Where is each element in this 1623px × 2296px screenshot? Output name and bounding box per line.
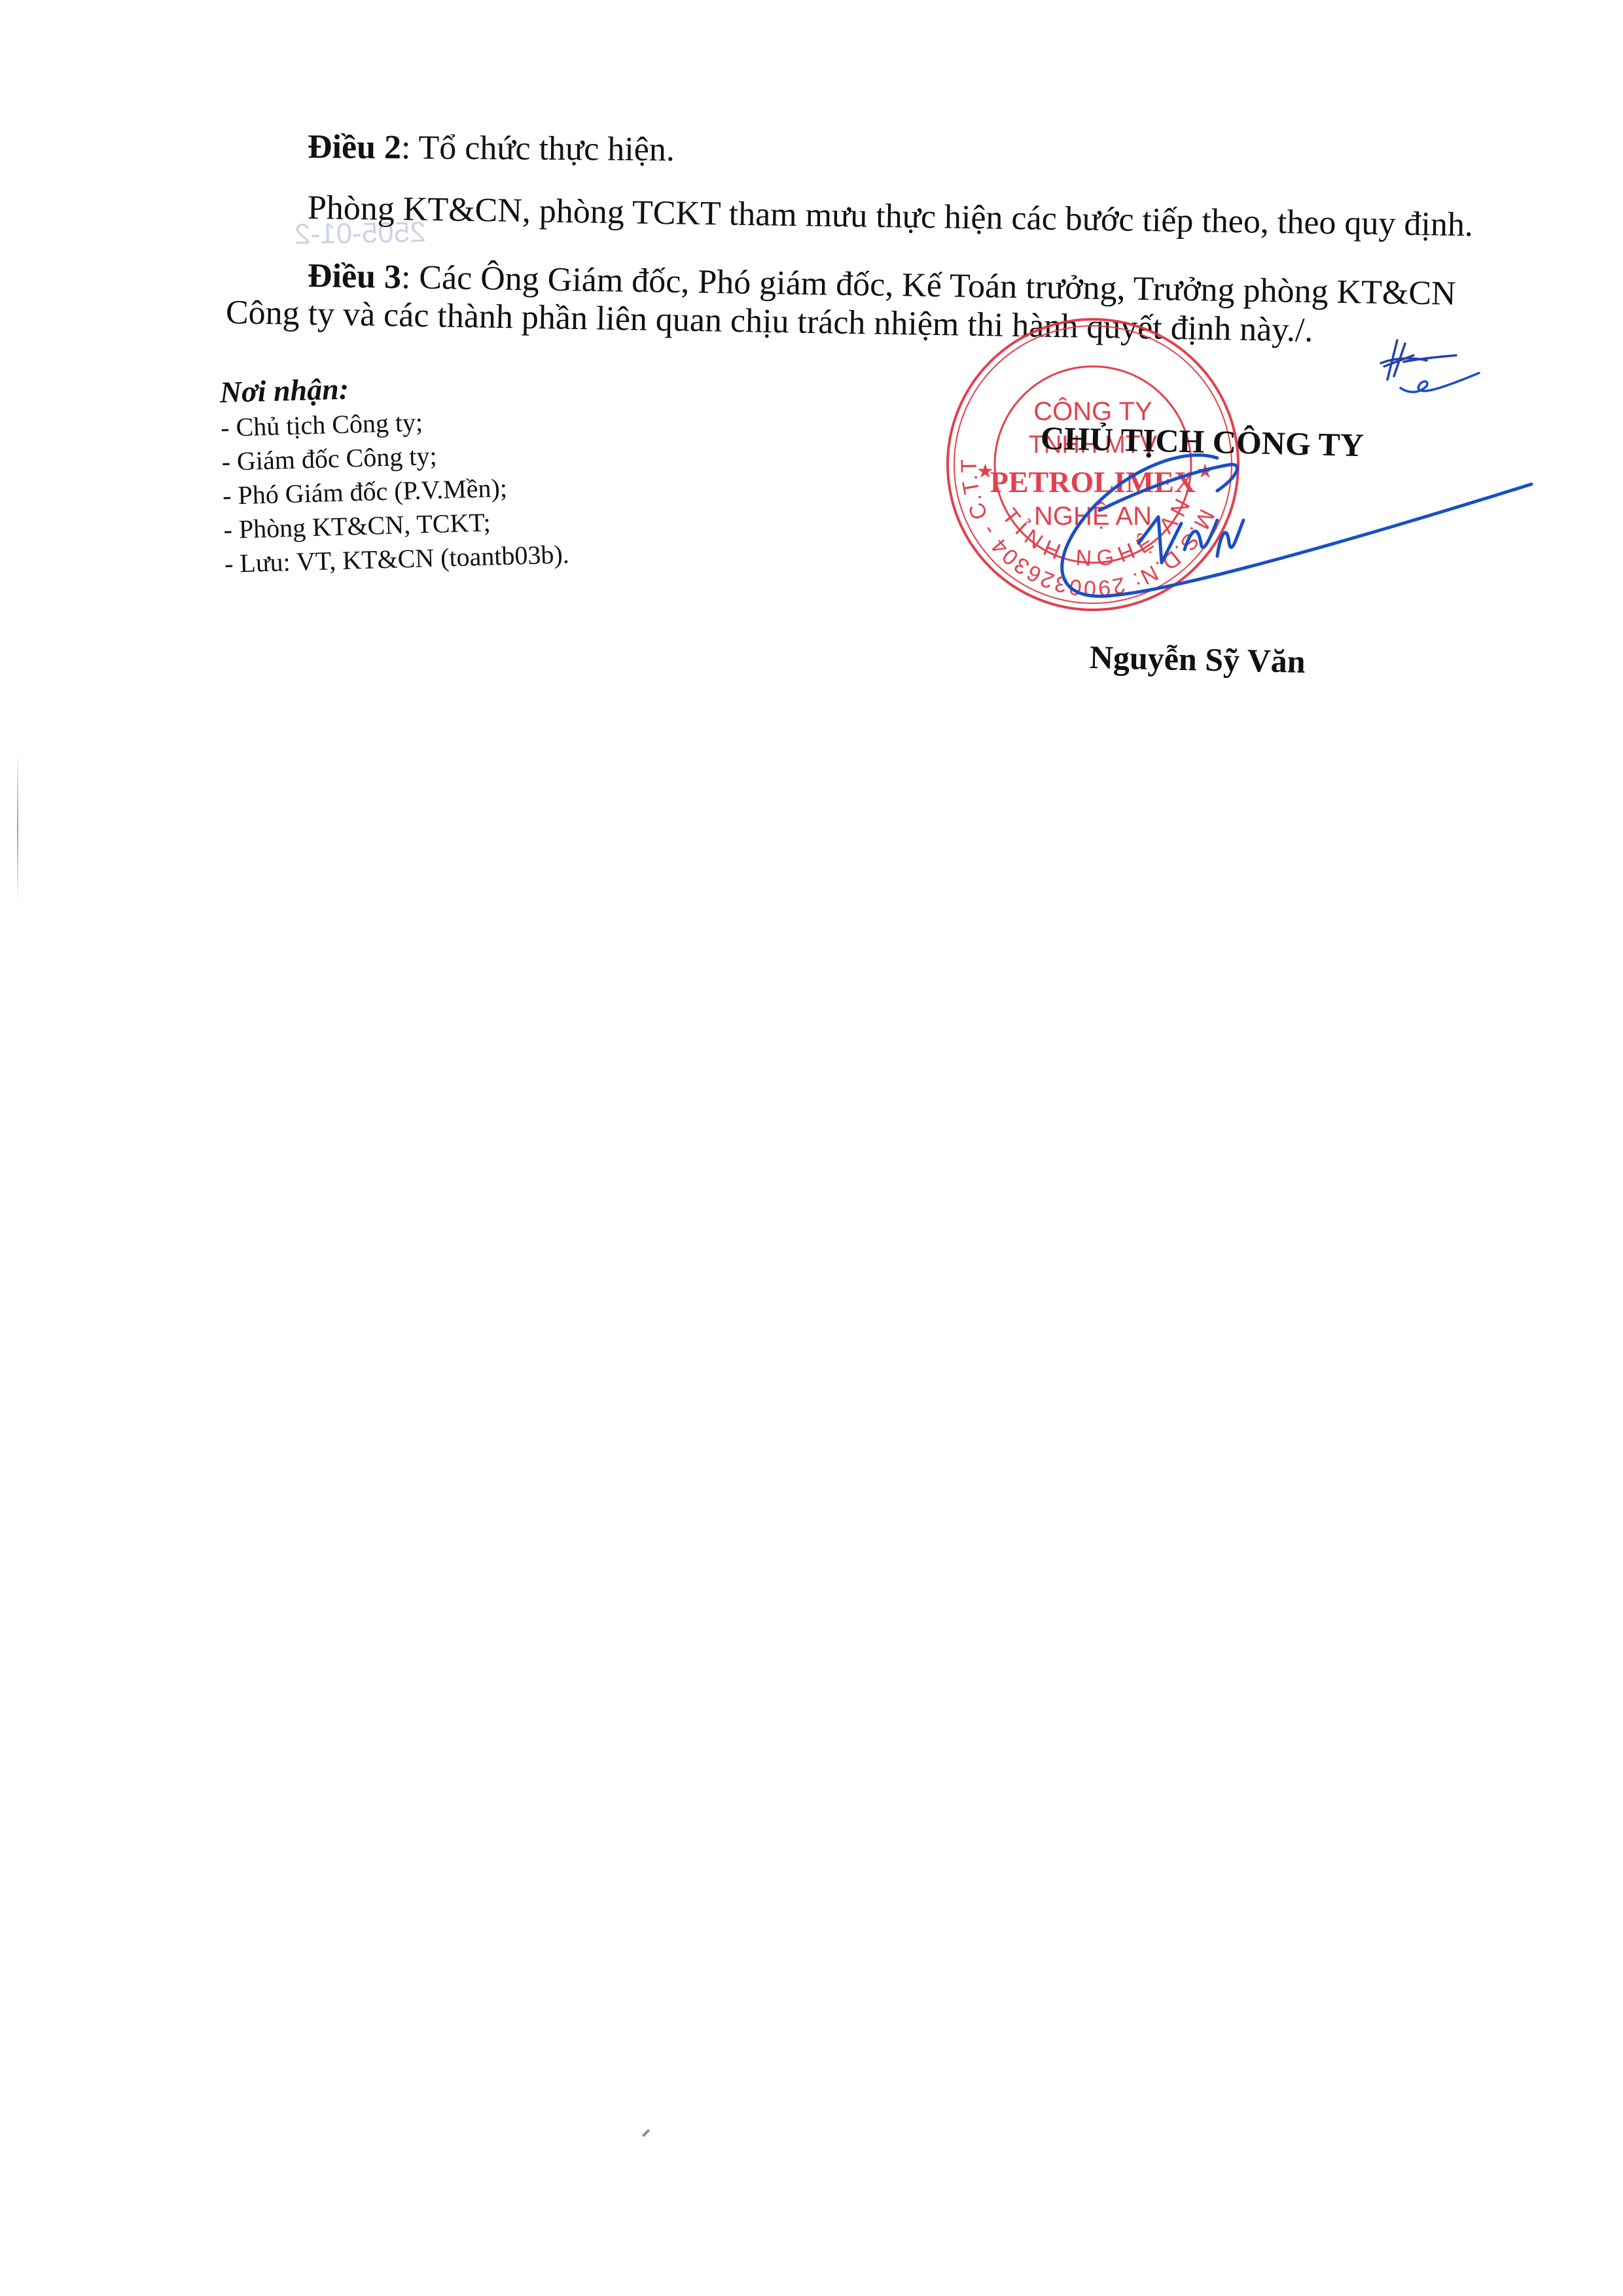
article-2-heading: Điều 2: Tổ chức thực hiện. — [308, 128, 675, 169]
scan-artifact-line — [17, 752, 18, 903]
article-2-title: : Tổ chức thực hiện. — [401, 129, 675, 168]
article-3-label: Điều 3 — [308, 257, 402, 296]
signer-name: Nguyễn Sỹ Văn — [1089, 638, 1306, 680]
article-2-label: Điều 2 — [308, 128, 401, 166]
article-2-body: Phòng KT&CN, phòng TCKT tham mưu thực hi… — [308, 188, 1474, 245]
initials-mark — [1364, 330, 1495, 415]
seal-star-icon: ★ — [976, 461, 994, 482]
handwritten-signature — [1021, 393, 1544, 628]
recipients-block: Nơi nhận: - Chủ tịch Công ty; - Giám đốc… — [219, 364, 569, 581]
scan-artifact-speck — [642, 2129, 651, 2138]
